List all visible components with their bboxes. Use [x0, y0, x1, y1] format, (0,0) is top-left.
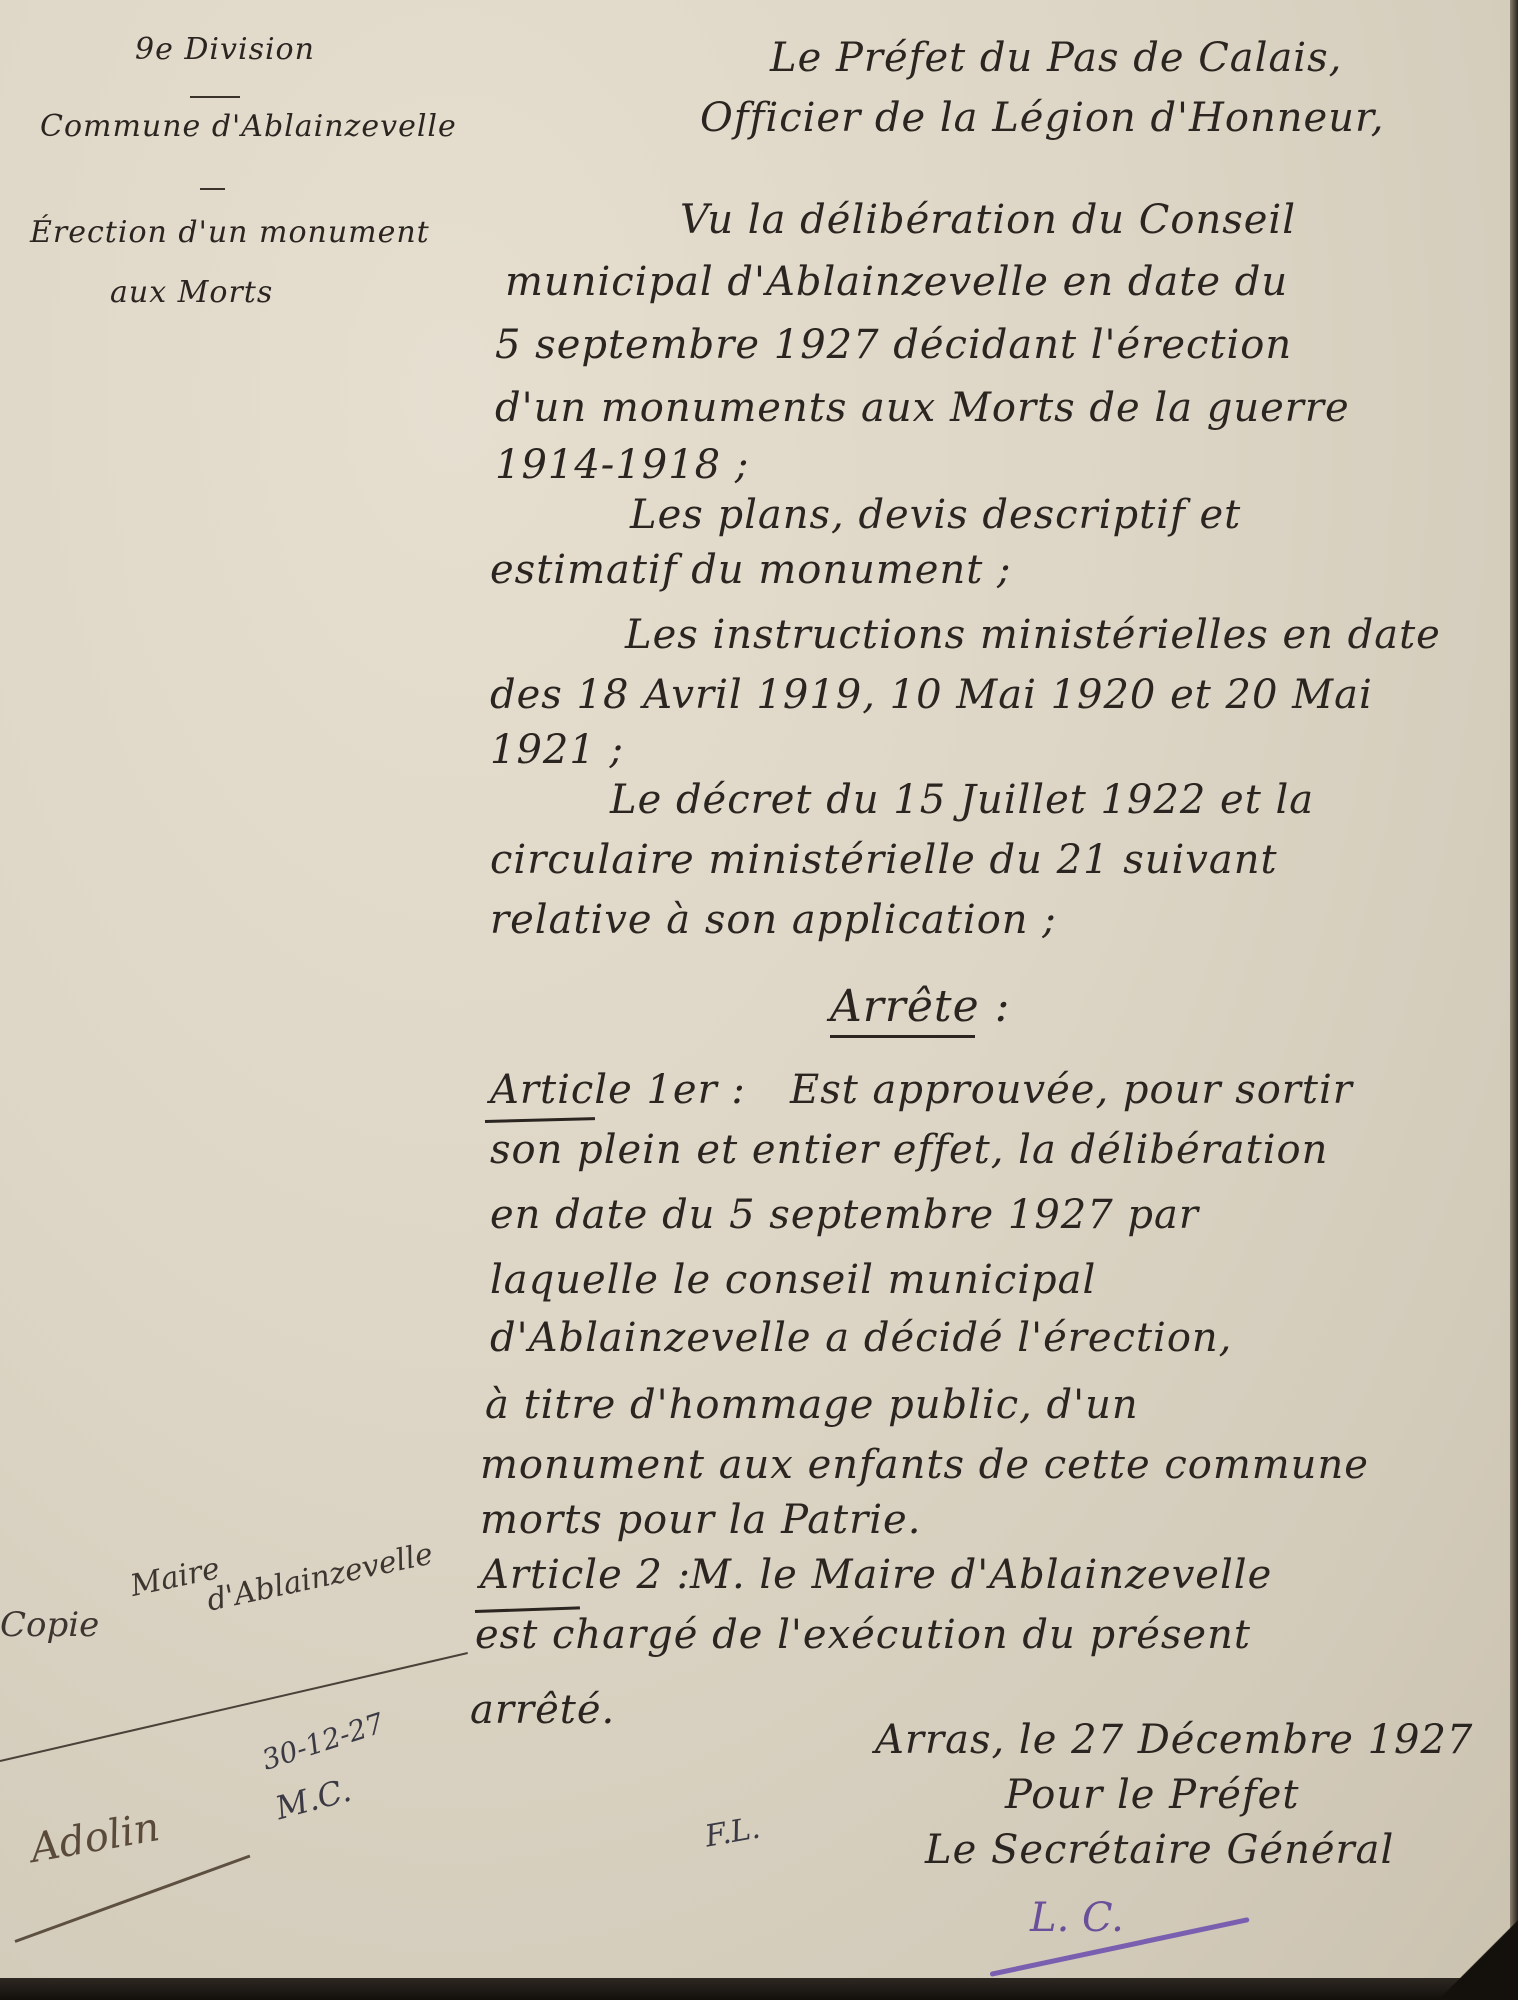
prefect-honor: Officier de la Légion d'Honneur,	[700, 98, 1384, 138]
margin-divider	[190, 96, 240, 98]
decision-heading-underline	[830, 1035, 975, 1038]
consideration-line: estimatif du monument ;	[490, 550, 1011, 590]
consideration-line: municipal d'Ablainzevelle en date du	[505, 262, 1288, 302]
article-1-label: Article 1er :	[490, 1070, 746, 1110]
paraph: F.L.	[702, 1810, 762, 1854]
article-1-text: d'Ablainzevelle a décidé l'érection,	[490, 1318, 1232, 1358]
annotation-rule	[0, 1652, 468, 1762]
consideration-line: Les instructions ministérielles en date	[625, 615, 1441, 655]
article-1-text: monument aux enfants de cette commune	[480, 1445, 1369, 1485]
consideration-line: circulaire ministérielle du 21 suivant	[490, 840, 1278, 880]
paper-edge	[1510, 0, 1518, 2000]
consideration-line: 1914-1918 ;	[495, 445, 749, 485]
article-2-text: M. le Maire d'Ablainzevelle	[690, 1555, 1272, 1595]
article-2-label: Article 2 :	[480, 1555, 691, 1595]
consideration-line: 5 septembre 1927 décidant l'érection	[495, 325, 1292, 365]
consideration-line: Les plans, devis descriptif et	[630, 495, 1241, 535]
dispatch-date: 30-12-27	[258, 1706, 388, 1776]
article-1-text: morts pour la Patrie.	[480, 1500, 921, 1540]
signatory-title: Le Secrétaire Général	[925, 1830, 1394, 1870]
dispatch-initials: M.C.	[271, 1771, 355, 1827]
margin-divider	[200, 188, 225, 190]
copy-label: Copie	[0, 1605, 99, 1645]
consideration-line: 1921 ;	[490, 730, 624, 770]
initials-signature: Adolin	[27, 1804, 163, 1872]
paper-edge	[0, 1978, 1518, 2000]
prefect-title: Le Préfet du Pas de Calais,	[770, 38, 1342, 78]
consideration-line: Le décret du 15 Juillet 1922 et la	[610, 780, 1314, 820]
article-2-text: arrêté.	[470, 1690, 615, 1730]
article-1-text: en date du 5 septembre 1927 par	[490, 1195, 1199, 1235]
article-2-text: est chargé de l'exécution du présent	[475, 1615, 1251, 1655]
article-1-text: laquelle le conseil municipal	[490, 1260, 1096, 1300]
consideration-line: d'un monuments aux Morts de la guerre	[495, 388, 1350, 428]
article-1-text: à titre d'hommage public, d'un	[485, 1385, 1139, 1425]
place-date: Arras, le 27 Décembre 1927	[875, 1720, 1473, 1760]
article-1-text: son plein et entier effet, la délibérati…	[490, 1130, 1328, 1170]
document-page: 9e Division Commune d'Ablainzevelle Érec…	[0, 0, 1510, 1978]
article-1-underline	[485, 1117, 595, 1123]
subject-line-1: Érection d'un monument	[30, 218, 430, 248]
consideration-line: relative à son application ;	[490, 900, 1057, 940]
consideration-line: des 18 Avril 1919, 10 Mai 1920 et 20 Mai	[490, 675, 1373, 715]
for-prefect: Pour le Préfet	[1005, 1775, 1299, 1815]
copy-recipient-line-2: d'Ablainzevelle	[204, 1536, 436, 1618]
subject-line-2: aux Morts	[110, 278, 273, 308]
violet-signature: L. C.	[1030, 1895, 1124, 1941]
division-label: 9e Division	[135, 35, 315, 65]
commune-label: Commune d'Ablainzevelle	[40, 112, 457, 142]
paper-corner	[1440, 1920, 1518, 2000]
decision-heading: Arrête :	[830, 985, 1010, 1029]
consideration-line: Vu la délibération du Conseil	[680, 200, 1296, 240]
article-1-text: Est approuvée, pour sortir	[790, 1070, 1353, 1110]
